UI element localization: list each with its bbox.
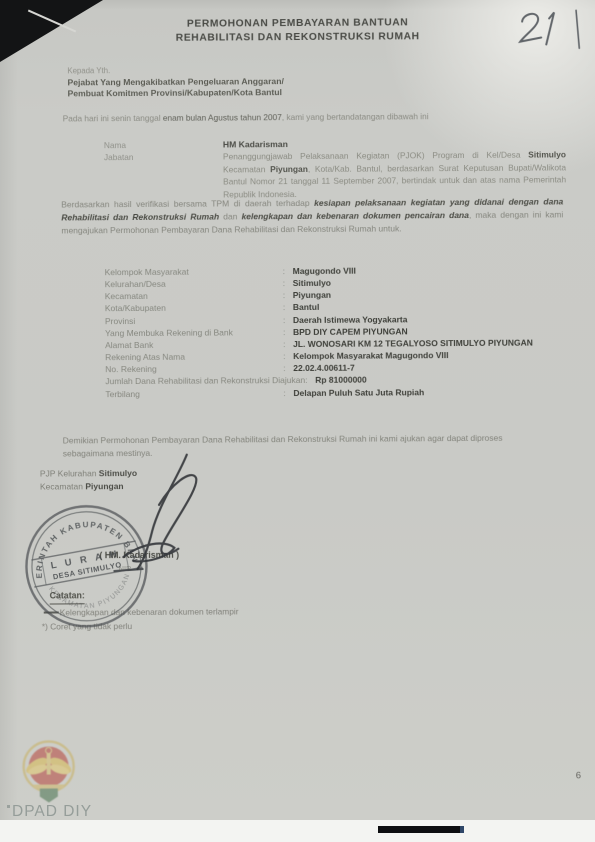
- identity-block: Nama HM Kadarisman Jabatan Penanggungjaw…: [104, 136, 566, 201]
- verif-seg3: dan: [219, 211, 241, 221]
- field-value: Bantul: [293, 301, 320, 313]
- field-colon: :: [283, 362, 293, 374]
- table-row: Terbilang:Delapan Puluh Satu Juta Rupiah: [105, 385, 533, 400]
- field-value: BPD DIY CAPEM PIYUNGAN: [293, 325, 408, 338]
- jabatan-village: Sitimulyo: [528, 150, 566, 160]
- field-value: Magugondo VIII: [293, 265, 356, 278]
- opening-seg1: Pada hari ini senin tanggal: [63, 113, 163, 124]
- field-value: Sitimulyo: [293, 277, 331, 289]
- field-value: Rp 81000000: [315, 374, 367, 386]
- verif-emphasis2: kelengkapan dan kebenaran dokumen pencai…: [241, 210, 468, 221]
- jabatan-seg2: Kecamatan: [223, 164, 270, 174]
- field-value: JL. WONOSARI KM 12 TEGALYOSO SITIMULYO P…: [293, 337, 533, 351]
- field-colon: :: [283, 326, 293, 338]
- field-value: Kelompok Masyarakat Magugondo VIII: [293, 349, 448, 362]
- field-value: 22.02.4.00611-7: [293, 362, 355, 375]
- field-colon: :: [283, 302, 293, 314]
- field-label: Yang Membuka Rekening di Bank: [105, 326, 283, 339]
- field-colon: :: [283, 314, 293, 326]
- field-colon: :: [283, 289, 293, 301]
- field-colon: :: [283, 338, 293, 350]
- field-colon: :: [305, 374, 315, 386]
- jabatan-value: Penanggungjawab Pelaksanaan Kegiatan (PJ…: [223, 149, 566, 201]
- archive-watermark: DPAD DIY: [7, 803, 92, 821]
- nama-value: HM Kadarisman: [223, 138, 288, 151]
- field-label: Provinsi: [105, 314, 283, 327]
- field-label: Kelurahan/Desa: [105, 277, 283, 290]
- verif-seg1: Berdasarkan hasil verifikasi bersama TPM…: [61, 198, 314, 210]
- jabatan-district: Piyungan: [270, 164, 308, 174]
- jabatan-seg1: Penanggungjawab Pelaksanaan Kegiatan (PJ…: [223, 150, 528, 162]
- pen-mark: [576, 10, 579, 48]
- opening-date: enam bulan Agustus tahun 2007: [163, 112, 282, 123]
- verification-paragraph: Berdasarkan hasil verifikasi bersama TPM…: [61, 195, 563, 237]
- signature-scribble: [107, 444, 228, 585]
- field-value: Daerah Istimewa Yogyakarta: [293, 313, 408, 326]
- scan-artifact-bar: [378, 826, 464, 833]
- nama-label: Nama: [104, 138, 223, 151]
- pjp-label: PJP Kelurahan: [40, 468, 99, 478]
- recipient-line2: Pembuat Komitmen Provinsi/Kabupaten/Kota…: [68, 87, 284, 100]
- regional-emblem-logo: [19, 738, 79, 810]
- field-label: Alamat Bank: [105, 338, 283, 351]
- opening-sentence: Pada hari ini senin tanggal enam bulan A…: [63, 111, 429, 123]
- identity-row-jabatan: Jabatan Penanggungjawab Pelaksanaan Kegi…: [104, 149, 566, 202]
- jabatan-label: Jabatan: [104, 151, 223, 164]
- field-colon: :: [283, 277, 293, 289]
- watermark-dot: [7, 805, 10, 808]
- field-colon: :: [283, 265, 293, 277]
- fields-table: Kelompok Masyarakat:Magugondo VIII Kelur…: [105, 264, 534, 400]
- field-value: Piyungan: [293, 289, 331, 301]
- field-label: Kota/Kabupaten: [105, 302, 283, 315]
- field-label: Kelompok Masyarakat: [105, 265, 283, 278]
- watermark-text: DPAD DIY: [12, 803, 92, 820]
- document-title-line2: REHABILITASI DAN REKONSTRUKSI RUMAH: [0, 29, 595, 46]
- field-label: Rekening Atas Nama: [105, 350, 283, 363]
- handwritten-number: [512, 4, 586, 56]
- page-number: 6: [576, 770, 581, 781]
- field-label: Terbilang: [105, 387, 283, 400]
- field-colon: :: [283, 387, 293, 399]
- document-content: PERMOHONAN PEMBAYARAN BANTUAN REHABILITA…: [0, 0, 595, 822]
- field-label: Kecamatan: [105, 289, 283, 302]
- opening-seg3: , kami yang bertandatangan dibawah ini: [282, 111, 429, 122]
- field-label: No. Rekening: [105, 362, 283, 375]
- field-value: Delapan Puluh Satu Juta Rupiah: [293, 386, 424, 399]
- document-title: PERMOHONAN PEMBAYARAN BANTUAN REHABILITA…: [0, 15, 595, 46]
- field-colon: :: [283, 350, 293, 362]
- recipient-block: Kepada Yth. Pejabat Yang Mengakibatkan P…: [67, 64, 284, 100]
- pjp-district-label: Kecamatan: [40, 481, 85, 491]
